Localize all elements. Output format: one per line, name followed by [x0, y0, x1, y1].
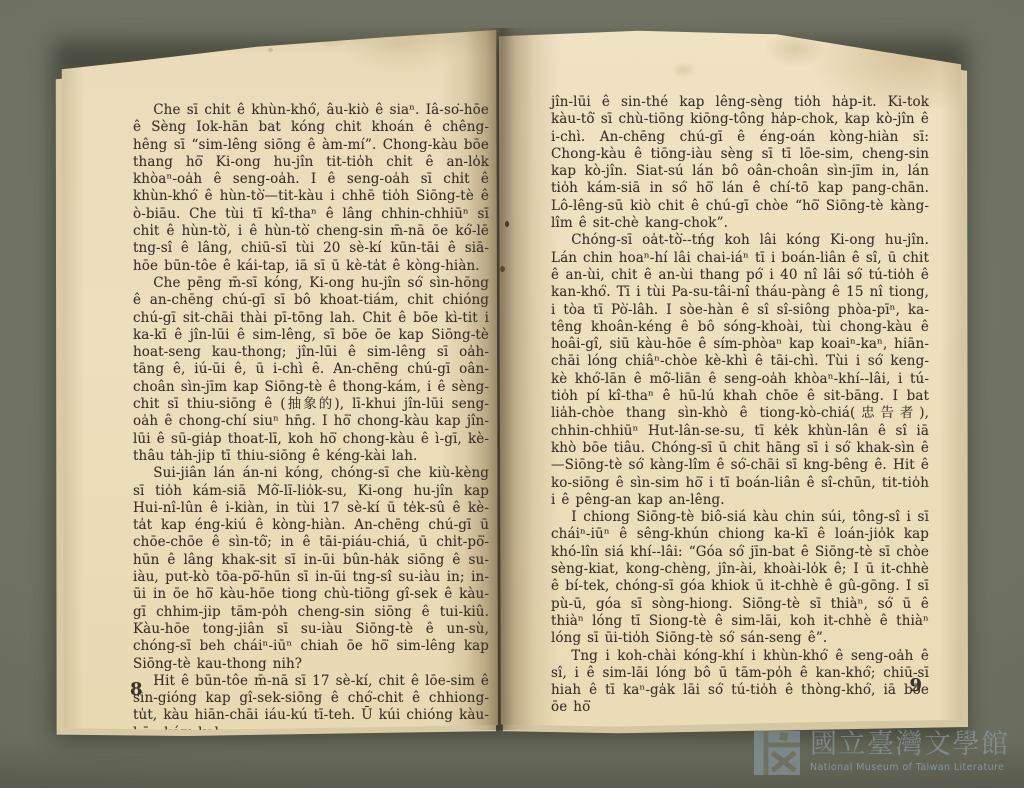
- paper-speck: [500, 266, 505, 272]
- watermark-title-en: National Museum of Taiwan Literature: [810, 762, 1010, 773]
- paragraph: I chiong Siōng-tè biô-siá kàu chin súi, …: [551, 509, 929, 647]
- book-page-right: jîn-lūi ê sin-thé kap lêng-sèng tio̍h ha…: [498, 28, 962, 728]
- photo-background: Che sī chi̍t ê khùn-khó͘, âu-kiò ê siaⁿ.…: [0, 0, 1024, 788]
- nmtl-logo-icon: [754, 730, 800, 776]
- paper-speck: [505, 221, 509, 227]
- paragraph: jîn-lūi ê sin-thé kap lêng-sèng tio̍h ha…: [551, 94, 929, 232]
- watermark-text: 國立臺灣文學館 National Museum of Taiwan Litera…: [810, 730, 1010, 773]
- paragraph: Sui-jiân lán án-ni kóng, chóng-sī che ki…: [133, 465, 489, 673]
- paragraph: Che sī chi̍t ê khùn-khó͘, âu-kiò ê siaⁿ.…: [133, 102, 489, 275]
- paragraph: Chóng-sī oa̍t-tò͘--tńg koh lâi kóng Ki-o…: [551, 232, 929, 509]
- page-left-text: Che sī chi̍t ê khùn-khó͘, âu-kiò ê siaⁿ.…: [133, 102, 489, 742]
- paragraph: Che pēng m̄-sī kóng, Ki-ong hu-jîn só͘ s…: [133, 275, 489, 465]
- book-page-left: Che sī chi̍t ê khùn-khó͘, âu-kiò ê siaⁿ.…: [60, 30, 498, 730]
- paragraph: Tng i koh-chài kóng-khí i khùn-khó͘ ê se…: [551, 648, 929, 717]
- watermark: 國立臺灣文學館 National Museum of Taiwan Litera…: [754, 730, 1010, 776]
- paper-speck: [268, 48, 273, 52]
- watermark-title-zh: 國立臺灣文學館: [810, 730, 1010, 760]
- page-number-right: 9: [909, 675, 922, 696]
- page-right-text: jîn-lūi ê sin-thé kap lêng-sèng tio̍h ha…: [551, 94, 929, 717]
- page-number-left: 8: [130, 679, 143, 700]
